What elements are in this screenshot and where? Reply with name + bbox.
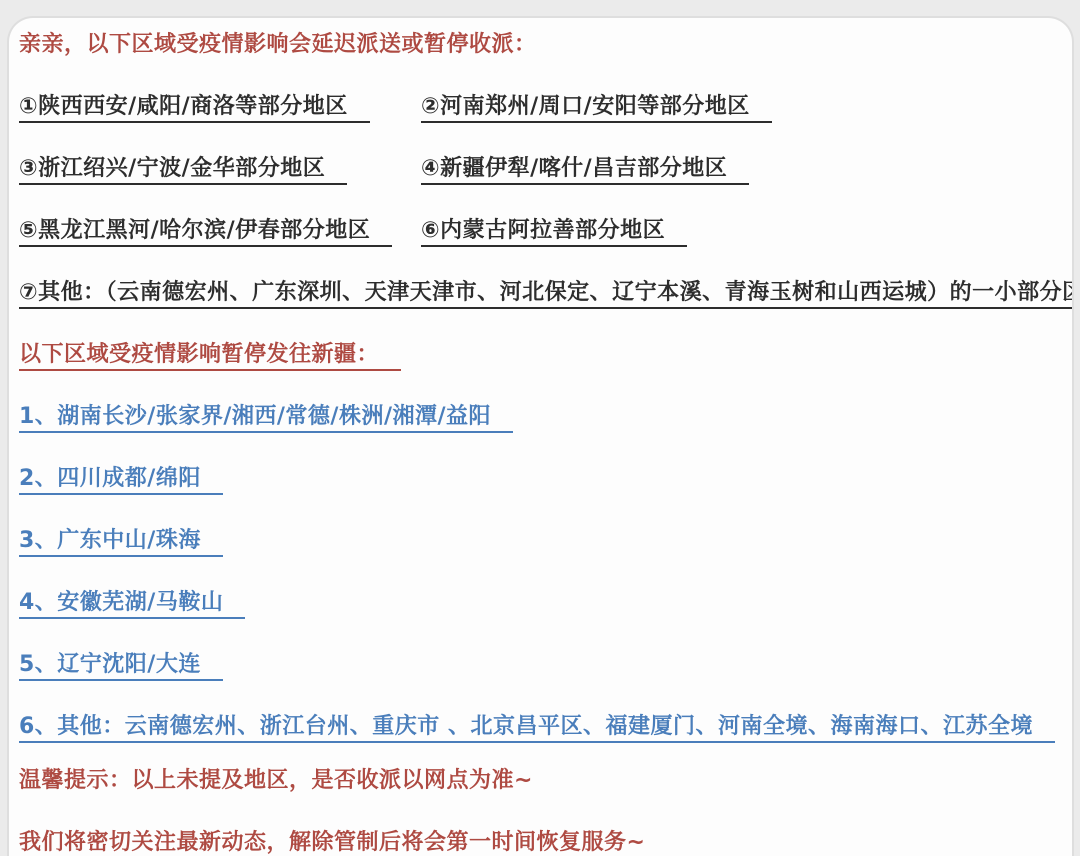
xinjiang-item-1: 1、湖南长沙/张家界/湘西/常德/株洲/湘潭/益阳 xyxy=(19,404,1072,430)
delayed-region-4: ④新疆伊犁/喀什/昌吉部分地区 xyxy=(421,156,749,185)
delayed-region-cell: ③浙江绍兴/宁波/金华部分地区 xyxy=(19,156,421,182)
delayed-region-cell: ①陕西西安/咸阳/商洛等部分地区 xyxy=(19,94,421,120)
delayed-region-cell: ④新疆伊犁/喀什/昌吉部分地区 xyxy=(421,156,749,182)
delayed-region-row: ①陕西西安/咸阳/商洛等部分地区 ②河南郑州/周口/安阳等部分地区 xyxy=(19,94,1072,120)
delayed-region-row: ③浙江绍兴/宁波/金华部分地区 ④新疆伊犁/喀什/昌吉部分地区 xyxy=(19,156,1072,182)
delayed-region-cell: ②河南郑州/周口/安阳等部分地区 xyxy=(421,94,772,120)
xinjiang-item-6: 6、其他：云南德宏州、浙江台州、重庆市 、北京昌平区、福建厦门、河南全境、海南海… xyxy=(19,714,1072,740)
xinjiang-item-link[interactable]: 1、湖南长沙/张家界/湘西/常德/株洲/湘潭/益阳 xyxy=(19,404,513,433)
delayed-region-row: ⑤黑龙江黑河/哈尔滨/伊春部分地区 ⑥内蒙古阿拉善部分地区 xyxy=(19,218,1072,244)
delayed-region-cell: ⑤黑龙江黑河/哈尔滨/伊春部分地区 xyxy=(19,218,421,244)
delayed-region-3: ③浙江绍兴/宁波/金华部分地区 xyxy=(19,156,347,185)
delayed-region-7: ⑦其他：（云南德宏州、广东深圳、天津天津市、河北保定、辽宁本溪、青海玉树和山西运… xyxy=(19,280,1074,309)
delayed-region-2: ②河南郑州/周口/安阳等部分地区 xyxy=(421,94,772,123)
xinjiang-item-link[interactable]: 5、辽宁沈阳/大连 xyxy=(19,652,223,681)
xinjiang-suspend-header: 以下区域受疫情影响暂停发往新疆： xyxy=(19,342,1072,368)
xinjiang-item-4: 4、安徽芜湖/马鞍山 xyxy=(19,590,1072,616)
notice-intro: 亲亲，以下区域受疫情影响会延迟派送或暂停收派： xyxy=(19,32,1072,58)
delayed-region-other: ⑦其他：（云南德宏州、广东深圳、天津天津市、河北保定、辽宁本溪、青海玉树和山西运… xyxy=(19,280,1072,306)
xinjiang-item-3: 3、广东中山/珠海 xyxy=(19,528,1072,554)
closing-note: 我们将密切关注最新动态，解除管制后将会第一时间恢复服务~ xyxy=(19,830,1072,849)
tip-note: 温馨提示：以上未提及地区，是否收派以网点为准~ xyxy=(19,768,1072,794)
xinjiang-item-link[interactable]: 4、安徽芜湖/马鞍山 xyxy=(19,590,245,619)
delayed-region-1: ①陕西西安/咸阳/商洛等部分地区 xyxy=(19,94,370,123)
xinjiang-item-link[interactable]: 6、其他：云南德宏州、浙江台州、重庆市 、北京昌平区、福建厦门、河南全境、海南海… xyxy=(19,714,1055,743)
delayed-region-6: ⑥内蒙古阿拉善部分地区 xyxy=(421,218,687,247)
xinjiang-item-link[interactable]: 3、广东中山/珠海 xyxy=(19,528,223,557)
xinjiang-item-link[interactable]: 2、四川成都/绵阳 xyxy=(19,466,223,495)
delayed-region-cell: ⑥内蒙古阿拉善部分地区 xyxy=(421,218,687,244)
xinjiang-item-2: 2、四川成都/绵阳 xyxy=(19,466,1072,492)
notice-card: 亲亲，以下区域受疫情影响会延迟派送或暂停收派： ①陕西西安/咸阳/商洛等部分地区… xyxy=(7,16,1074,849)
xinjiang-item-5: 5、辽宁沈阳/大连 xyxy=(19,652,1072,678)
delayed-region-5: ⑤黑龙江黑河/哈尔滨/伊春部分地区 xyxy=(19,218,392,247)
